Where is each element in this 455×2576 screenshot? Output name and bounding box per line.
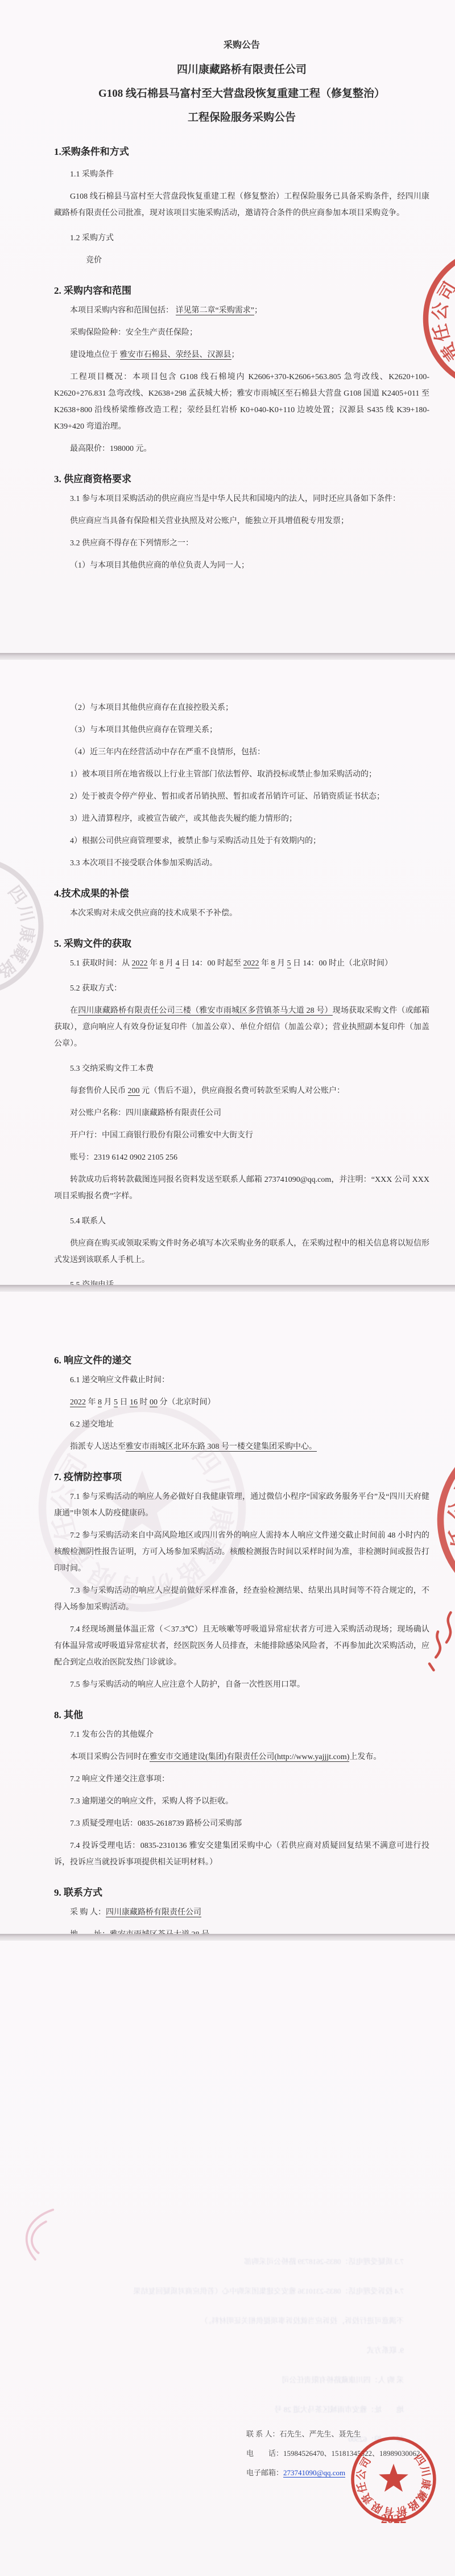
text-run: 2. 采购内容和范围 <box>54 285 131 296</box>
text-run: 开户行：中国工商银行股份有限公司雅安中大街支行 <box>70 1131 253 1140</box>
text-run: 建设地点位于 <box>70 351 120 359</box>
para-7-3: 7.3 参与采购活动的响应人应提前做好采样准备，经查验检测结果、结果出具时间等不… <box>54 1583 429 1616</box>
section-1-2-heading: 1.2 采购方式 <box>54 231 429 246</box>
page-2: （2）与本项目其他供应商存在直接控股关系；（3）与本项目其他供应商存在管理关系；… <box>0 660 455 1285</box>
contact-label: 联 系 人： <box>246 2430 280 2438</box>
para-3-2-4-2: 2）处于被责令停产停业、暂扣或者吊销执照、暂扣或者吊销许可证、吊销资质证书状态； <box>54 788 429 805</box>
text-run: 6.1 递交响应文件截止时间： <box>70 1376 169 1384</box>
contact-value: 石先生、严先生、聂先生 <box>280 2430 361 2438</box>
section-3-heading: 3. 供应商资格要求 <box>54 471 429 485</box>
text-run: 本项目采购内容和范围包括： <box>70 306 176 315</box>
section-9-heading: 9. 联系方式 <box>54 1884 429 1899</box>
para-3-2-1: （1）与本项目其他供应商的单位负责人为同一人； <box>54 557 429 574</box>
text-run: 5.5 咨询电话 <box>70 1281 114 1285</box>
underlined-field: 雅安市交通建设(集团)有限责任公司(http://www.yajjjt.com) <box>150 1753 349 1762</box>
text-run: 本项目采购公告同时在 <box>70 1753 150 1761</box>
text-run: G108 线石棉县马富村至大营盘段恢复重建工程（修复整治） <box>98 88 385 100</box>
email-text: 273741090@qq.com <box>283 2468 345 2478</box>
underlined-field: 雅安市石棉县、荥经县、汉源县 <box>120 351 231 360</box>
para-7-2: 7.2 参与采购活动来自中高风险地区或四川省外的响应人需持本人响应文件递交截止时… <box>54 1527 429 1577</box>
text-run: 5.2 获取方式： <box>70 984 122 993</box>
text-run: 7.3 质疑受理电话：0835-2618739 路桥公司采购部 <box>70 1819 242 1828</box>
section-5-2-heading: 5.2 获取方式： <box>54 981 429 997</box>
page-3: 6. 响应文件的递交6.1 递交响应文件截止时间：2022 年 8 月 5 日 … <box>0 1292 455 1934</box>
section-2-heading: 2. 采购内容和范围 <box>54 282 429 297</box>
contact-label: 电 话： <box>246 2449 283 2458</box>
text-run: 1）被本项目所在地省级以上行业主管部门依法暂停、取消投标或禁止参加采购活动的； <box>70 770 377 779</box>
text-run: 7.2 参与采购活动来自中高风险地区或四川省外的响应人需持本人响应文件递交截止时… <box>54 1531 429 1573</box>
section-6-heading: 6. 响应文件的递交 <box>54 1352 429 1366</box>
para-8-5: 7.4 投诉受理电话：0835-2310136 雅安交建集团采购中心（若供应商对… <box>54 1838 429 1871</box>
para-3-2-4-4: 4）根据公司供应商管理要求，被禁止参与采购活动且处于有效期内的； <box>54 833 429 849</box>
text-run: ； <box>254 306 262 315</box>
text-run: 供应商应当具备有保险相关营业执照及对公账户，能独立开具增值税专用发票； <box>70 517 349 525</box>
text-run: 7. 疫情防控事项 <box>54 1472 122 1482</box>
page-seam <box>0 1934 455 1941</box>
para-insurance-type: 采购保险险种：安全生产责任保险； <box>54 324 429 341</box>
underlined-field: 00 <box>150 1398 158 1407</box>
text-run: 5.3 交纳采购文件工本费 <box>70 1065 154 1073</box>
text-run: 8. 其他 <box>54 1710 83 1720</box>
para-project-overview: 工程项目概况：本项目包含 G108 线石棉境内 K2606+370-K2606+… <box>54 369 429 435</box>
para-3-1a: 供应商应当具备有保险相关营业执照及对公账户，能独立开具增值税专用发票； <box>54 513 429 529</box>
underlined-field: 详见第二章“采购需求” <box>176 306 254 315</box>
section-5-4-heading: 5.4 联系人 <box>54 1214 429 1230</box>
procurement-method: 竞价 <box>54 252 429 269</box>
svg-text:四川康藏路桥有限责任公司: 四川康藏路桥有限责任公司 <box>445 1465 455 1600</box>
project-title-line1: G108 线石棉县马富村至大营盘段恢复重建工程（修复整治） <box>54 82 429 106</box>
underlined-field: 16 <box>130 1398 138 1407</box>
para-7-5: 7.5 参与采购活动的响应人应注意个人防护，自备一次性医用口罩。 <box>54 1677 429 1693</box>
text-run: 时 <box>138 1398 150 1407</box>
text-run: G108 线石棉县马富村至大营盘段恢复重建工程（修复整治）工程保险服务已具备采购… <box>54 192 429 217</box>
para-6-2: 6.2 递交地址 <box>54 1416 429 1433</box>
text-run: 7.5 参与采购活动的响应人应注意个人防护，自备一次性医用口罩。 <box>70 1681 305 1689</box>
text-run: 3.2 供应商不得存在下列情形之一： <box>70 539 193 548</box>
underlined-field: 200 <box>128 1087 140 1096</box>
text-run: 1.2 采购方式 <box>70 234 114 243</box>
para-1-1: G108 线石棉县马富村至大营盘段恢复重建工程（修复整治）工程保险服务已具备采购… <box>54 188 429 221</box>
text-run: ； <box>231 351 239 359</box>
text-run: 采购公告 <box>224 40 260 50</box>
page-seam <box>0 1285 455 1292</box>
text-run: （2）与本项目其他供应商存在直接控股关系； <box>70 704 233 712</box>
text-run: （3）与本项目其他供应商存在管理关系； <box>70 726 217 734</box>
section-4-heading: 4.技术成果的补偿 <box>54 885 429 899</box>
para-account-number: 账号：2319 6142 0902 2105 256 <box>54 1149 429 1166</box>
svg-text:四川康藏路桥有限责任公司: 四川康藏路桥有限责任公司 <box>429 273 455 385</box>
para-8-1a: 本项目采购公告同时在雅安市交通建设(集团)有限责任公司(http://www.y… <box>54 1749 429 1765</box>
text-run: 元（售后不退），供应商报名费可转款至采购人对公账户： <box>140 1087 345 1095</box>
doc-title: 采购公告 <box>54 38 429 51</box>
ghost-line: 不满意可进行投诉，投诉应当就投诉事项提供相关证明材料。） <box>28 2306 404 2336</box>
underlined-field: 2022 <box>243 959 259 968</box>
text-run: 6.2 递交地址 <box>70 1420 114 1429</box>
text-run: 3.1 参与本项目采购活动的供应商应当是中华人民共和国境内的法人，同时还应具备如… <box>70 495 400 503</box>
text-run: 7.2 响应文件递交注意事项： <box>70 1775 169 1784</box>
text-run: 3）进入清算程序，或被宣告破产，或其他丧失履约能力情形的； <box>70 815 297 823</box>
text-run: 日 14：00 时起至 <box>180 959 243 968</box>
text-run: 7.1 参与采购活动的响应人务必做好自我健康管理，通过微信小程序“国家政务服务平… <box>54 1493 429 1518</box>
text-run: 月 <box>275 959 287 968</box>
para-scope: 本项目采购内容和范围包括： 详见第二章“采购需求”； <box>54 302 429 319</box>
page-4: 7.3 质疑受理电话：0835-2618739 路桥公司采购部7.4 投诉受理电… <box>0 1941 455 2576</box>
text-run: 指派专人送达至 <box>70 1443 126 1451</box>
text-run: 3.3 本次项目不接受联合体参加采购活动。 <box>70 859 217 868</box>
company-seal-page3-right-partial: 四川康藏路桥有限责任公司 <box>431 1426 455 1614</box>
para-7-4: 7.4 经现场测量体温正常（＜37.3℃）且无咳嗽等呼吸道异常症状者方可进入采购… <box>54 1621 429 1671</box>
ghost-line: 地 址：雅安市雨城区茶马大道 28 号 <box>28 2395 404 2425</box>
text-run: 4）根据公司供应商管理要求，被禁止参与采购活动且处于有效期内的； <box>70 837 321 845</box>
svg-text:2022: 2022 <box>381 2512 407 2525</box>
para-3-2: 3.2 供应商不得存在下列情形之一： <box>54 535 429 552</box>
para-transfer-note: 转款成功后将转款截图连同报名资料发送至联系人邮箱 273741090@qq.co… <box>54 1172 429 1205</box>
text-run: 5.1 获取时间：从 <box>70 959 132 968</box>
section-7-heading: 7. 疫情防控事项 <box>54 1469 429 1483</box>
ghost-line: 7.3 质疑受理电话：0835-2618739 路桥公司采购部 <box>28 2247 404 2277</box>
text-run: 7.1 发布公告的其他媒介 <box>70 1731 154 1739</box>
text-run: 1.1 采购条件 <box>70 170 114 179</box>
section-5-5-heading: 5.5 咨询电话 <box>54 1277 429 1285</box>
para-price-limit: 最高限价：198000 元。 <box>54 441 429 457</box>
project-title-line2: 工程保险服务采购公告 <box>54 106 429 130</box>
ghost-line: 7.4 投诉受理电话：0835-2310136 雅安交建集团采购中心（若供应商对… <box>28 2277 404 2306</box>
contact-value: 15984526470、15181345522、18989030062 <box>283 2449 420 2458</box>
text-run: 4.技术成果的补偿 <box>54 888 129 899</box>
para-3-2-2: （2）与本项目其他供应商存在直接控股关系； <box>54 700 429 716</box>
company-name: 四川康藏路桥有限责任公司 <box>54 61 429 76</box>
underlined-field: 四川康藏路桥有限责任公司 <box>106 1908 201 1917</box>
bleed-through-text: 7.3 质疑受理电话：0835-2618739 路桥公司采购部7.4 投诉受理电… <box>28 2247 404 2454</box>
page-1: 采购公告四川康藏路桥有限责任公司G108 线石棉县马富村至大营盘段恢复重建工程（… <box>0 0 455 653</box>
contact-block: 联 系 人：石先生、严先生、聂先生电 话：15984526470、1518134… <box>246 2425 420 2483</box>
text-run: 1.采购条件和方式 <box>54 146 129 157</box>
para-deadline: 2022 年 8 月 5 日 16 时 00 分（北京时间） <box>54 1394 429 1411</box>
text-run: 日 <box>118 1398 130 1407</box>
text-run: 工程项目概况：本项目包含 G108 线石棉境内 K2606+370-K2606+… <box>54 373 429 431</box>
para-3-2-4-3: 3）进入清算程序，或被宣告破产，或其他丧失履约能力情形的； <box>54 811 429 827</box>
para-6-1: 6.1 递交响应文件截止时间： <box>54 1372 429 1388</box>
text-run: 7.4 投诉受理电话：0835-2310136 雅安交建集团采购中心（若供应商对… <box>54 1842 429 1867</box>
para-5-2: 在四川康藏路桥有限责任公司三楼（雅安市雨城区多营镇茶马大道 28 号）现场获取采… <box>54 1003 429 1052</box>
underlined-field: 5 <box>114 1398 118 1407</box>
text-run: 本次采购对未成交供应商的技术成果不予补偿。 <box>70 909 237 918</box>
ghost-line: 采 购 人：四川康藏路桥有限责任公司 <box>28 2365 404 2395</box>
text-run: （4）近三年内在经营活动中存在严重不良情形，包括： <box>70 748 265 757</box>
text-run: （1）与本项目其他供应商的单位负责人为同一人； <box>70 561 249 570</box>
text-run: 3. 供应商资格要求 <box>54 474 131 484</box>
text-run: 在 <box>70 1006 78 1015</box>
para-4-1: 本次采购对未成交供应商的技术成果不予补偿。 <box>54 905 429 922</box>
text-run: 7.4 经现场测量体温正常（＜37.3℃）且无咳嗽等呼吸道异常症状者方可进入采购… <box>54 1625 429 1667</box>
para-3-3: 3.3 本次项目不接受联合体参加采购活动。 <box>54 855 429 872</box>
text-run: 9. 联系方式 <box>54 1887 102 1898</box>
underlined-field: 雅安市雨城区茶马大道 28 号 <box>110 1930 209 1934</box>
contact-label: 电子邮箱： <box>246 2468 283 2477</box>
para-8-4: 7.3 质疑受理电话：0835-2618739 路桥公司采购部 <box>54 1815 429 1832</box>
section-8-heading: 8. 其他 <box>54 1707 429 1721</box>
text-run: 日 14：00 时止（北京时间） <box>291 959 393 968</box>
para-purchaser: 采 购 人：四川康藏路桥有限责任公司 <box>54 1904 429 1921</box>
section-5-3-heading: 5.3 交纳采购文件工本费 <box>54 1061 429 1077</box>
text-run: 年 <box>148 959 160 968</box>
para-account-name: 对公账户名称：四川康藏路桥有限责任公司 <box>54 1105 429 1121</box>
svg-text:四川康藏路桥有限责任公司: 四川康藏路桥有限责任公司 <box>0 882 38 989</box>
para-3-2-3: （3）与本项目其他供应商存在管理关系； <box>54 722 429 738</box>
faint-seal-page2-left-partial: 四川康藏路桥有限责任公司 <box>0 852 48 1000</box>
text-run: 对公账户名称：四川康藏路桥有限责任公司 <box>70 1109 221 1118</box>
underlined-field: 5 <box>287 959 291 968</box>
para-address: 地 址：雅安市雨城区茶马大道 28 号 <box>54 1926 429 1934</box>
text-run: 工程保险服务采购公告 <box>188 112 296 124</box>
text-run: 月 <box>102 1398 114 1407</box>
contact-line: 电 话：15984526470、15181345522、18989030062 <box>246 2444 420 2463</box>
text-run: 7.3 参与采购活动的响应人应提前做好采样准备，经查验检测结果、结果出具时间等不… <box>54 1587 429 1612</box>
para-location: 建设地点位于 雅安市石棉县、荥经县、汉源县； <box>54 347 429 363</box>
ghost-line: 9. 联系方式 <box>28 2336 404 2365</box>
text-run: 最高限价：198000 元。 <box>70 445 152 453</box>
para-delivery-address: 指派专人送达至雅安市雨城区北环东路 308 号一楼交建集团采购中心。 <box>54 1439 429 1455</box>
contact-line: 电子邮箱：273741090@qq.com <box>246 2463 420 2483</box>
para-8-2: 7.2 响应文件递交注意事项： <box>54 1771 429 1788</box>
text-run: 采购保险险种：安全生产责任保险； <box>70 328 197 337</box>
text-run: 竞价 <box>86 256 102 265</box>
para-8-3: 7.3 逾期递交的响应文件，采购人将予以拒收。 <box>54 1793 429 1810</box>
text-run: 供应商在购买或领取采购文件时务必填写本次采购业务的联系人，在采购过程中的相关信息… <box>54 1239 429 1264</box>
text-run: 四川康藏路桥有限责任公司 <box>177 64 307 76</box>
scanned-document: 采购公告四川康藏路桥有限责任公司G108 线石棉县马富村至大营盘段恢复重建工程（… <box>0 0 455 2576</box>
underlined-field: 8 <box>271 959 275 968</box>
section-1-heading: 1.采购条件和方式 <box>54 143 429 158</box>
text-run: 2）处于被责令停产停业、暂扣或者吊销执照、暂扣或者吊销许可证、吊销资质证书状态； <box>70 792 384 801</box>
section-1-1-heading: 1.1 采购条件 <box>54 167 429 183</box>
para-5-3: 每套售价人民币 200 元（售后不退），供应商报名费可转款至采购人对公账户： <box>54 1083 429 1099</box>
contact-line: 联 系 人：石先生、严先生、聂先生 <box>246 2425 420 2444</box>
text-run: 6. 响应文件的递交 <box>54 1355 131 1366</box>
para-5-1: 5.1 获取时间：从 2022 年 8 月 4 日 14：00 时起至 2022… <box>54 955 429 972</box>
svg-text:四川康藏路桥有限责任公司: 四川康藏路桥有限责任公司 <box>47 1442 237 1603</box>
text-run: 上发布。 <box>349 1753 381 1761</box>
text-run: 月 <box>164 959 176 968</box>
underlined-field: 8 <box>160 959 164 968</box>
text-run: 账号：2319 6142 0902 2105 256 <box>70 1153 177 1162</box>
para-3-2-4: （4）近三年内在经营活动中存在严重不良情形，包括： <box>54 744 429 761</box>
para-7-1: 7.1 参与采购活动的响应人务必做好自我健康管理，通过微信小程序“国家政务服务平… <box>54 1489 429 1522</box>
text-run: 5.4 联系人 <box>70 1217 106 1226</box>
underlined-field: 2022 <box>70 1398 86 1407</box>
text-run: 每套售价人民币 <box>70 1087 128 1095</box>
text-run: 5. 采购文件的获取 <box>54 938 131 949</box>
para-8-1: 7.1 发布公告的其他媒介 <box>54 1727 429 1743</box>
para-3-1: 3.1 参与本项目采购活动的供应商应当是中华人民共和国境内的法人，同时还应具备如… <box>54 491 429 507</box>
text-run: 年 <box>259 959 271 968</box>
section-5-heading: 5. 采购文件的获取 <box>54 935 429 950</box>
text-run: 转款成功后将转款截图连同报名资料发送至联系人邮箱 273741090@qq.co… <box>54 1176 429 1201</box>
underlined-field: 2022 <box>132 959 148 968</box>
text-run: 采 购 人： <box>70 1908 106 1917</box>
underlined-field: 4 <box>176 959 180 968</box>
para-bank: 开户行：中国工商银行股份有限公司雅安中大街支行 <box>54 1127 429 1144</box>
text-run: 地 址： <box>70 1930 110 1934</box>
underlined-field: 雅安市雨城区北环东路 308 号一楼交建集团采购中心。 <box>126 1443 317 1452</box>
page-seam <box>0 653 455 660</box>
underlined-field: 四川康藏路桥有限责任公司三楼（雅安市雨城区多营镇茶马大道 28 号） <box>78 1006 333 1016</box>
text-run: 7.3 逾期递交的响应文件，采购人将予以拒收。 <box>70 1797 233 1806</box>
para-5-4: 供应商在购买或领取采购文件时务必填写本次采购业务的联系人，在采购过程中的相关信息… <box>54 1235 429 1268</box>
underlined-field: 8 <box>98 1398 102 1407</box>
text-run: 年 <box>86 1398 98 1407</box>
para-3-2-4-1: 1）被本项目所在地省级以上行业主管部门依法暂停、取消投标或禁止参加采购活动的； <box>54 766 429 783</box>
text-run: 分（北京时间） <box>158 1398 216 1407</box>
